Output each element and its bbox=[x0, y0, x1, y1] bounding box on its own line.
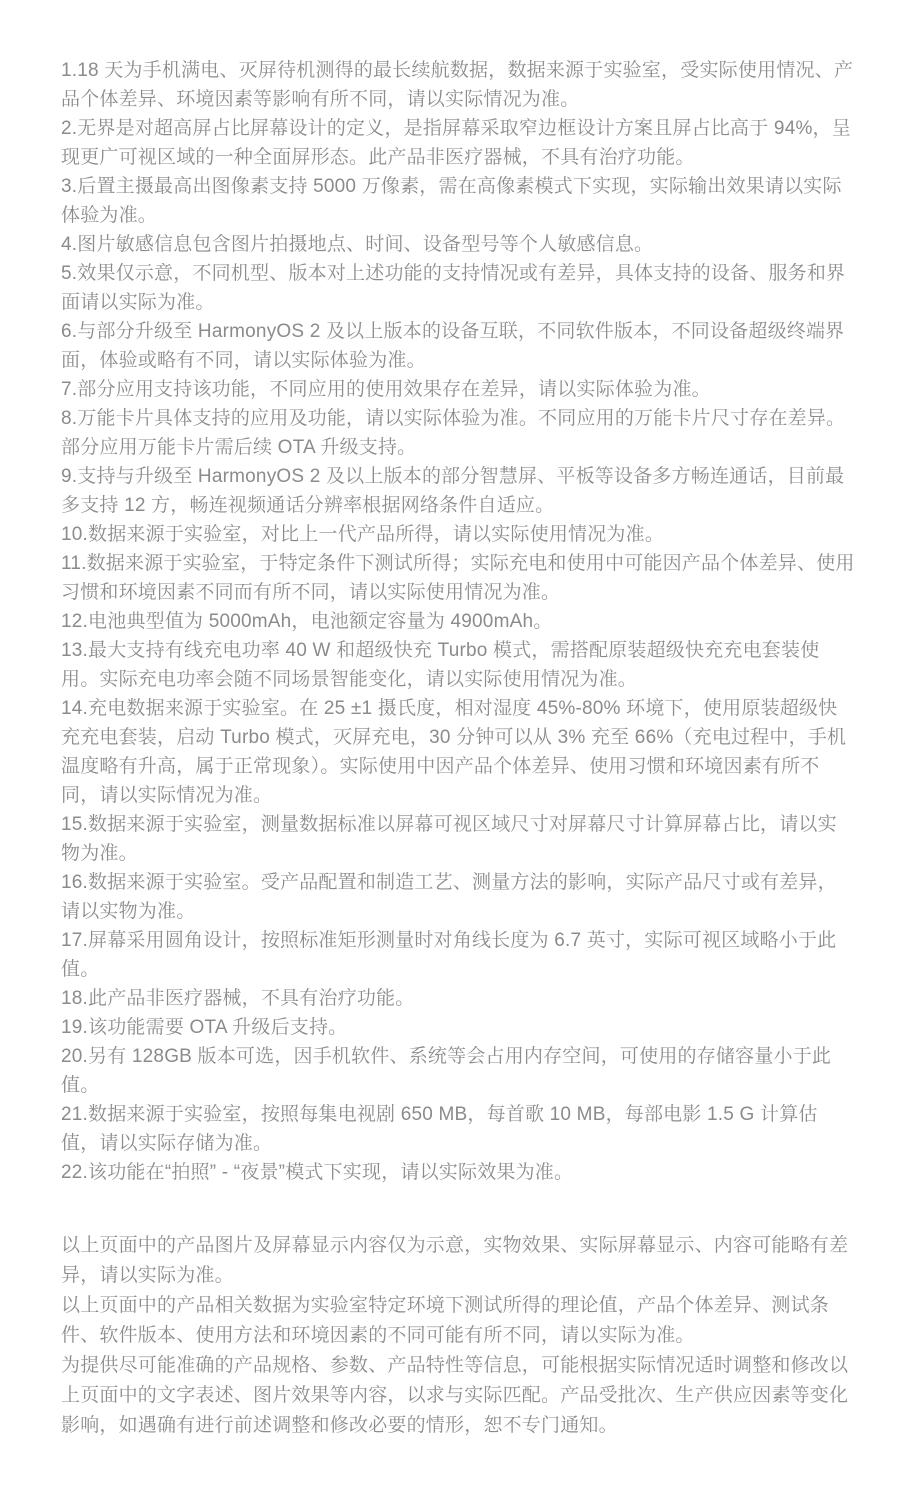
footnote-16: 16.数据来源于实验室。受产品配置和制造工艺、测量方法的影响，实际产品尺寸或有差… bbox=[61, 868, 855, 926]
closing-paragraph-2: 以上页面中的产品相关数据为实验室特定环境下测试所得的理论值，产品个体差异、测试条… bbox=[61, 1291, 855, 1351]
footnotes-section: 1.18 天为手机满电、灭屏待机测得的最长续航数据，数据来源于实验室，受实际使用… bbox=[61, 56, 855, 1187]
disclaimer-page: 1.18 天为手机满电、灭屏待机测得的最长续航数据，数据来源于实验室，受实际使用… bbox=[0, 0, 915, 1441]
closing-paragraph-1: 以上页面中的产品图片及屏幕显示内容仅为示意，实物效果、实际屏幕显示、内容可能略有… bbox=[61, 1231, 855, 1291]
footnote-1: 1.18 天为手机满电、灭屏待机测得的最长续航数据，数据来源于实验室，受实际使用… bbox=[61, 56, 855, 114]
footnote-2: 2.无界是对超高屏占比屏幕设计的定义，是指屏幕采取窄边框设计方案且屏占比高于 9… bbox=[61, 114, 855, 172]
footnote-8: 8.万能卡片具体支持的应用及功能，请以实际体验为准。不同应用的万能卡片尺寸存在差… bbox=[61, 404, 855, 462]
footnote-21: 21.数据来源于实验室，按照每集电视剧 650 MB，每首歌 10 MB，每部电… bbox=[61, 1100, 855, 1158]
footnote-14: 14.充电数据来源于实验室。在 25 ±1 摄氏度，相对湿度 45%-80% 环… bbox=[61, 694, 855, 810]
closing-paragraph-3: 为提供尽可能准确的产品规格、参数、产品特性等信息，可能根据实际情况适时调整和修改… bbox=[61, 1351, 855, 1441]
footnote-15: 15.数据来源于实验室，测量数据标准以屏幕可视区域尺寸对屏幕尺寸计算屏幕占比，请… bbox=[61, 810, 855, 868]
footnote-11: 11.数据来源于实验室，于特定条件下测试所得；实际充电和使用中可能因产品个体差异… bbox=[61, 549, 855, 607]
closing-disclaimer-section: 以上页面中的产品图片及屏幕显示内容仅为示意，实物效果、实际屏幕显示、内容可能略有… bbox=[61, 1231, 855, 1441]
footnote-20: 20.另有 128GB 版本可选，因手机软件、系统等会占用内存空间，可使用的存储… bbox=[61, 1042, 855, 1100]
footnote-17: 17.屏幕采用圆角设计，按照标准矩形测量时对角线长度为 6.7 英寸，实际可视区… bbox=[61, 926, 855, 984]
footnote-6: 6.与部分升级至 HarmonyOS 2 及以上版本的设备互联，不同软件版本，不… bbox=[61, 317, 855, 375]
footnote-7: 7.部分应用支持该功能，不同应用的使用效果存在差异，请以实际体验为准。 bbox=[61, 375, 855, 404]
footnote-3: 3.后置主摄最高出图像素支持 5000 万像素，需在高像素模式下实现，实际输出效… bbox=[61, 172, 855, 230]
footnote-18: 18.此产品非医疗器械，不具有治疗功能。 bbox=[61, 984, 855, 1013]
footnote-22: 22.该功能在“拍照” - “夜景”模式下实现，请以实际效果为准。 bbox=[61, 1158, 855, 1187]
footnote-5: 5.效果仅示意，不同机型、版本对上述功能的支持情况或有差异，具体支持的设备、服务… bbox=[61, 259, 855, 317]
footnote-10: 10.数据来源于实验室，对比上一代产品所得，请以实际使用情况为准。 bbox=[61, 520, 855, 549]
footnote-19: 19.该功能需要 OTA 升级后支持。 bbox=[61, 1013, 855, 1042]
footnote-4: 4.图片敏感信息包含图片拍摄地点、时间、设备型号等个人敏感信息。 bbox=[61, 230, 855, 259]
footnote-12: 12.电池典型值为 5000mAh，电池额定容量为 4900mAh。 bbox=[61, 607, 855, 636]
footnote-13: 13.最大支持有线充电功率 40 W 和超级快充 Turbo 模式，需搭配原装超… bbox=[61, 636, 855, 694]
footnote-9: 9.支持与升级至 HarmonyOS 2 及以上版本的部分智慧屏、平板等设备多方… bbox=[61, 462, 855, 520]
